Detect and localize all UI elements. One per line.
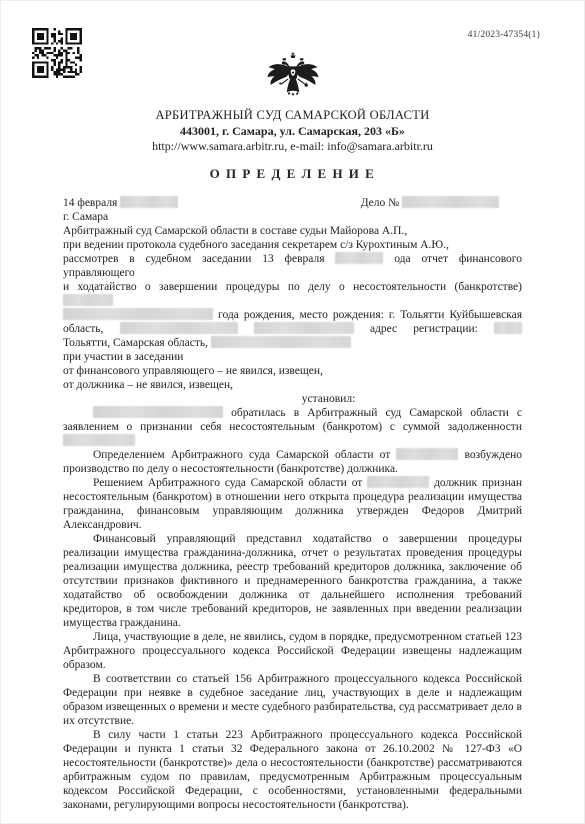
date-case-line: 14 февраля Дело № [63, 196, 522, 210]
paragraph: Определением Арбитражного суда Самарской… [63, 448, 522, 476]
document-page: 41/2023-47354(1) [0, 0, 585, 824]
text-line: Арбитражный суд Самарской области в сост… [63, 224, 522, 238]
document-header: АРБИТРАЖНЫЙ СУД САМАРСКОЙ ОБЛАСТИ 443001… [1, 1, 584, 180]
document-body: 14 февраля Дело № г. СамараАрбитражный с… [63, 196, 522, 812]
paragraph: Решением Арбитражного суда Самарской обл… [63, 476, 522, 532]
redacted-text [396, 448, 458, 460]
text-line: и ходатайство о завершении процедуры по … [63, 280, 522, 308]
text-line: при ведении протокола судебного заседани… [63, 238, 522, 252]
redacted-text [367, 476, 429, 488]
redacted-text [335, 252, 383, 264]
court-address: 443001, г. Самара, ул. Самарская, 203 «Б… [1, 125, 584, 137]
redacted-text [211, 336, 351, 348]
redacted-text [63, 294, 113, 306]
text-line: рассмотрев в судебном заседании 13 февра… [63, 252, 522, 280]
document-paragraphs: обратилась в Арбитражный суд Самарской о… [63, 406, 522, 812]
text-line: область, адрес регистрации: [63, 322, 522, 336]
ruling-date: 14 февраля [63, 196, 178, 210]
text-line: Тольятти, Самарская область, [63, 336, 522, 350]
redacted-text [63, 434, 135, 446]
paragraph: Лица, участвующие в деле, не явились, су… [63, 630, 522, 672]
redacted-text [120, 196, 178, 208]
paragraph: Финансовый управляющий представил ходата… [63, 532, 522, 630]
redacted-text [120, 322, 238, 334]
document-number: 41/2023-47354(1) [468, 30, 540, 40]
text-line: при участии в заседании [63, 350, 522, 364]
court-contacts: http://www.samara.arbitr.ru, e-mail: inf… [1, 140, 584, 152]
paragraph: В соответствии со статьей 156 Арбитражно… [63, 672, 522, 728]
redacted-text [63, 308, 213, 320]
text-line: г. Самара [63, 210, 522, 224]
document-title: О П Р Е Д Е Л Е Н И Е [1, 167, 584, 180]
paragraph: обратилась в Арбитражный суд Самарской о… [63, 406, 522, 448]
text-line: от финансового управляющего – не явился,… [63, 364, 522, 378]
case-number: Дело № [361, 196, 499, 210]
intro-block: г. СамараАрбитражный суд Самарской облас… [63, 210, 522, 392]
text-line: года рождения, место рождения: г. Тольят… [63, 308, 522, 322]
redacted-text [494, 322, 522, 334]
russia-coat-of-arms-icon [264, 52, 322, 102]
qr-code-icon [32, 28, 82, 78]
resolution-word: установил: [63, 392, 522, 406]
court-name: АРБИТРАЖНЫЙ СУД САМАРСКОЙ ОБЛАСТИ [1, 109, 584, 122]
paragraph: В силу части 1 статьи 223 Арбитражного п… [63, 728, 522, 812]
redacted-text [402, 196, 499, 208]
text-line: от должника – не явился, извещен, [63, 378, 522, 392]
redacted-text [254, 322, 354, 334]
redacted-text [93, 406, 223, 418]
